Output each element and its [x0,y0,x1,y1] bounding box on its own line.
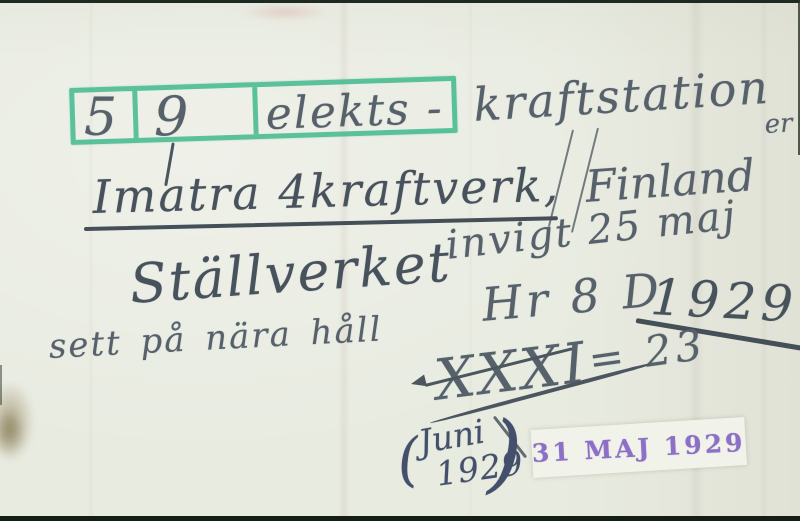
box-cell-2-value: 9 [154,90,188,144]
title-continuation: kraftstation [472,64,771,128]
box-divider [132,91,138,138]
box-cell-1-value: 5 [84,92,117,144]
year-note: 1929 [649,272,799,330]
paren-close: ) [487,410,524,497]
stain-mark [0,410,26,456]
caption-subtitle: sett på nära håll [48,313,383,364]
card-bottom-edge [0,516,800,521]
subject-line: Imatra 4kraftverk, [92,162,561,220]
paper-crease [88,0,94,521]
caption-title: Ställverket [128,236,453,312]
pink-smudge [240,4,330,20]
tape-strip: 31 MAJ 1929 [531,417,748,478]
title-suffix: er [764,111,793,138]
box-divider [252,87,258,134]
date-stamp: 31 MAJ 1929 [531,427,746,467]
card-top-edge [0,0,800,3]
box-cell-3-value: elekts - [265,87,444,137]
strike-arrowhead [410,375,427,390]
card-left-edge [0,365,2,405]
archival-card: 5 9 elekts - kraftstation er Imatra 4kra… [0,0,800,521]
